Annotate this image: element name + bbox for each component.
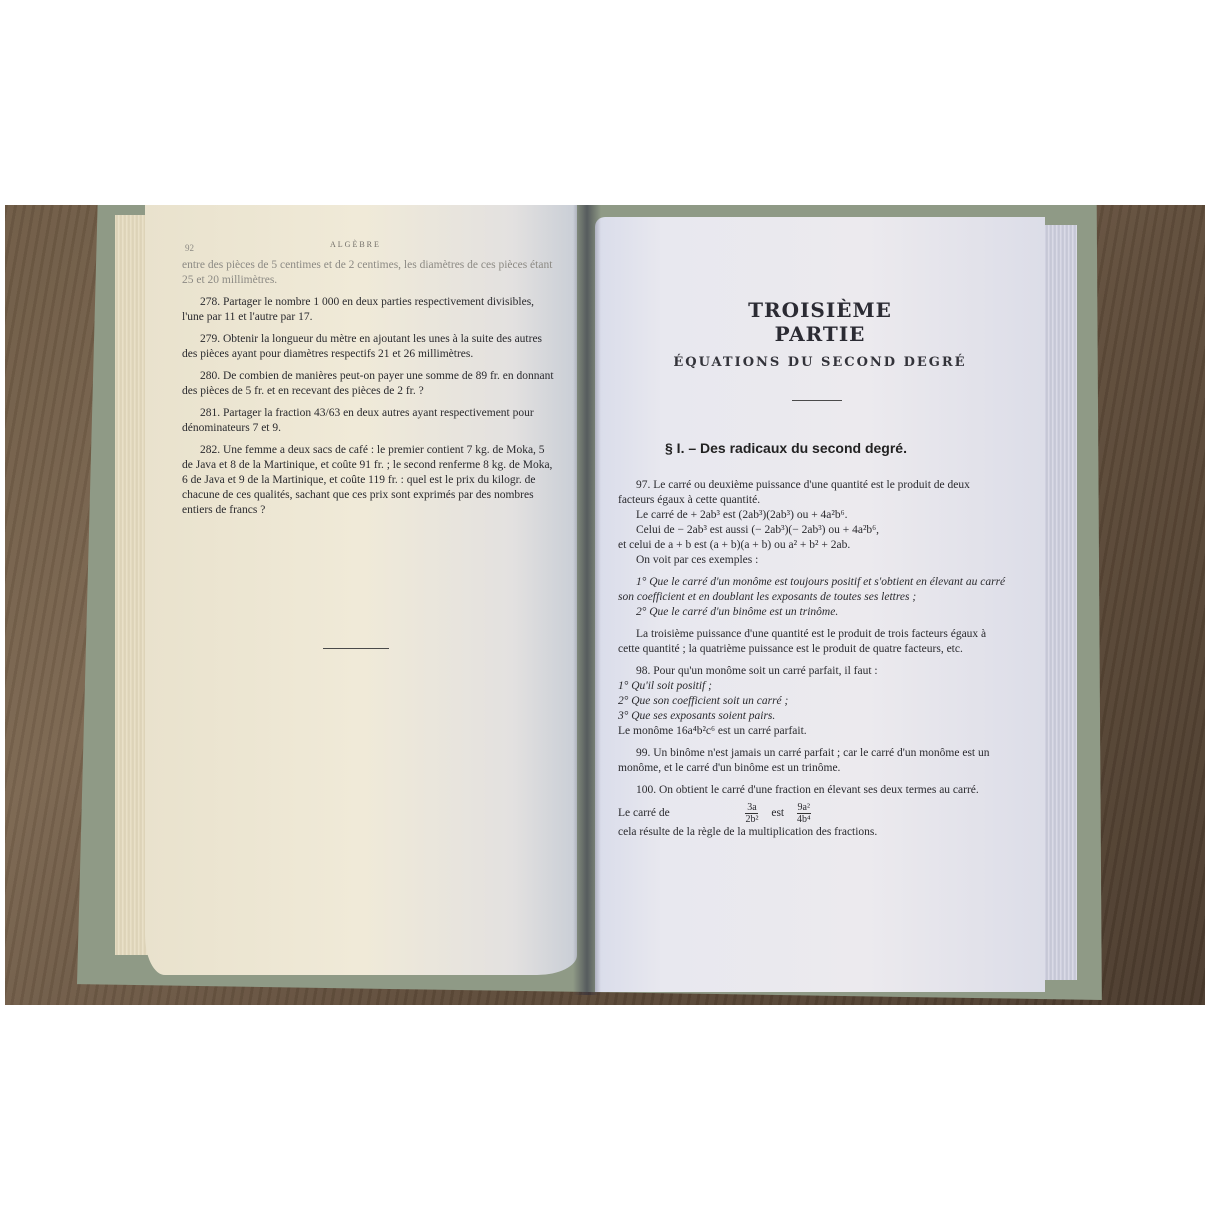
page-number: 92 <box>185 243 194 253</box>
book-gutter <box>573 205 601 995</box>
paragraph-98: 98. Pour qu'un monôme soit un carré parf… <box>618 664 1008 679</box>
conclusion-line: cela résulte de la règle de la multiplic… <box>618 825 1008 840</box>
fraction-numerator: 3a <box>745 802 758 813</box>
condition-line: 2° Que son coefficient soit un carré ; <box>618 694 1008 709</box>
fraction-numerator: 9a² <box>797 802 811 813</box>
exercise-paragraph: 282. Une femme a deux sacs de café : le … <box>182 443 557 518</box>
right-page-edges <box>1045 225 1077 980</box>
section-title: § I. – Des radicaux du second degré. <box>665 440 985 456</box>
fraction-denominator: 4b⁴ <box>797 813 811 825</box>
part-subtitle: ÉQUATIONS DU SECOND DEGRÉ <box>660 355 980 370</box>
end-rule <box>323 648 389 649</box>
exercise-paragraph: 280. De combien de manières peut-on paye… <box>182 369 557 399</box>
fraction-denominator: 2b² <box>745 813 758 825</box>
left-page-edges <box>115 215 149 955</box>
paragraph-100: 100. On obtient le carré d'une fraction … <box>618 783 1008 798</box>
exercise-paragraph: 278. Partager le nombre 1 000 en deux pa… <box>182 295 557 325</box>
title-rule <box>792 400 842 401</box>
lead-line: On voit par ces exemples : <box>618 553 1008 568</box>
fraction-1: 3a 2b² <box>745 802 758 825</box>
rule-line: 1° Que le carré d'un monôme est toujours… <box>618 575 1008 605</box>
running-head: ALGÈBRE <box>330 240 381 249</box>
paragraph-99: 99. Un binôme n'est jamais un carré parf… <box>618 746 1008 776</box>
fraction-2: 9a² 4b⁴ <box>797 802 811 825</box>
example-line: Le carré de + 2ab³ est (2ab³)(2ab³) ou +… <box>618 508 1008 523</box>
exercise-paragraph: 281. Partager la fraction 43/63 en deux … <box>182 406 557 436</box>
fraction-example: Le carré de 3a 2b² est 9a² 4b⁴ <box>618 802 1008 825</box>
part-title: TROISIÈME PARTIE <box>700 298 940 346</box>
fraction-label: Le carré de <box>618 807 670 819</box>
example-line: Celui de − 2ab³ est aussi (− 2ab³)(− 2ab… <box>618 523 1008 538</box>
rule-line: 2° Que le carré d'un binôme est un trinô… <box>618 605 1008 620</box>
condition-line: 1° Qu'il soit positif ; <box>618 679 1008 694</box>
example-line: et celui de a + b est (a + b)(a + b) ou … <box>618 538 1008 553</box>
est-word: est <box>771 807 784 819</box>
right-page-body: 97. Le carré ou deuxième puissance d'une… <box>618 478 1008 840</box>
example-line: Le monôme 16a⁴b²c⁶ est un carré parfait. <box>618 724 1008 739</box>
condition-line: 3° Que ses exposants soient pairs. <box>618 709 1008 724</box>
paragraph-cube: La troisième puissance d'une quantité es… <box>618 627 1008 657</box>
exercise-paragraph: entre des pièces de 5 centimes et de 2 c… <box>182 258 557 288</box>
paragraph-97: 97. Le carré ou deuxième puissance d'une… <box>618 478 1008 508</box>
exercise-paragraph: 279. Obtenir la longueur du mètre en ajo… <box>182 332 557 362</box>
left-page-exercises: entre des pièces de 5 centimes et de 2 c… <box>182 258 557 518</box>
